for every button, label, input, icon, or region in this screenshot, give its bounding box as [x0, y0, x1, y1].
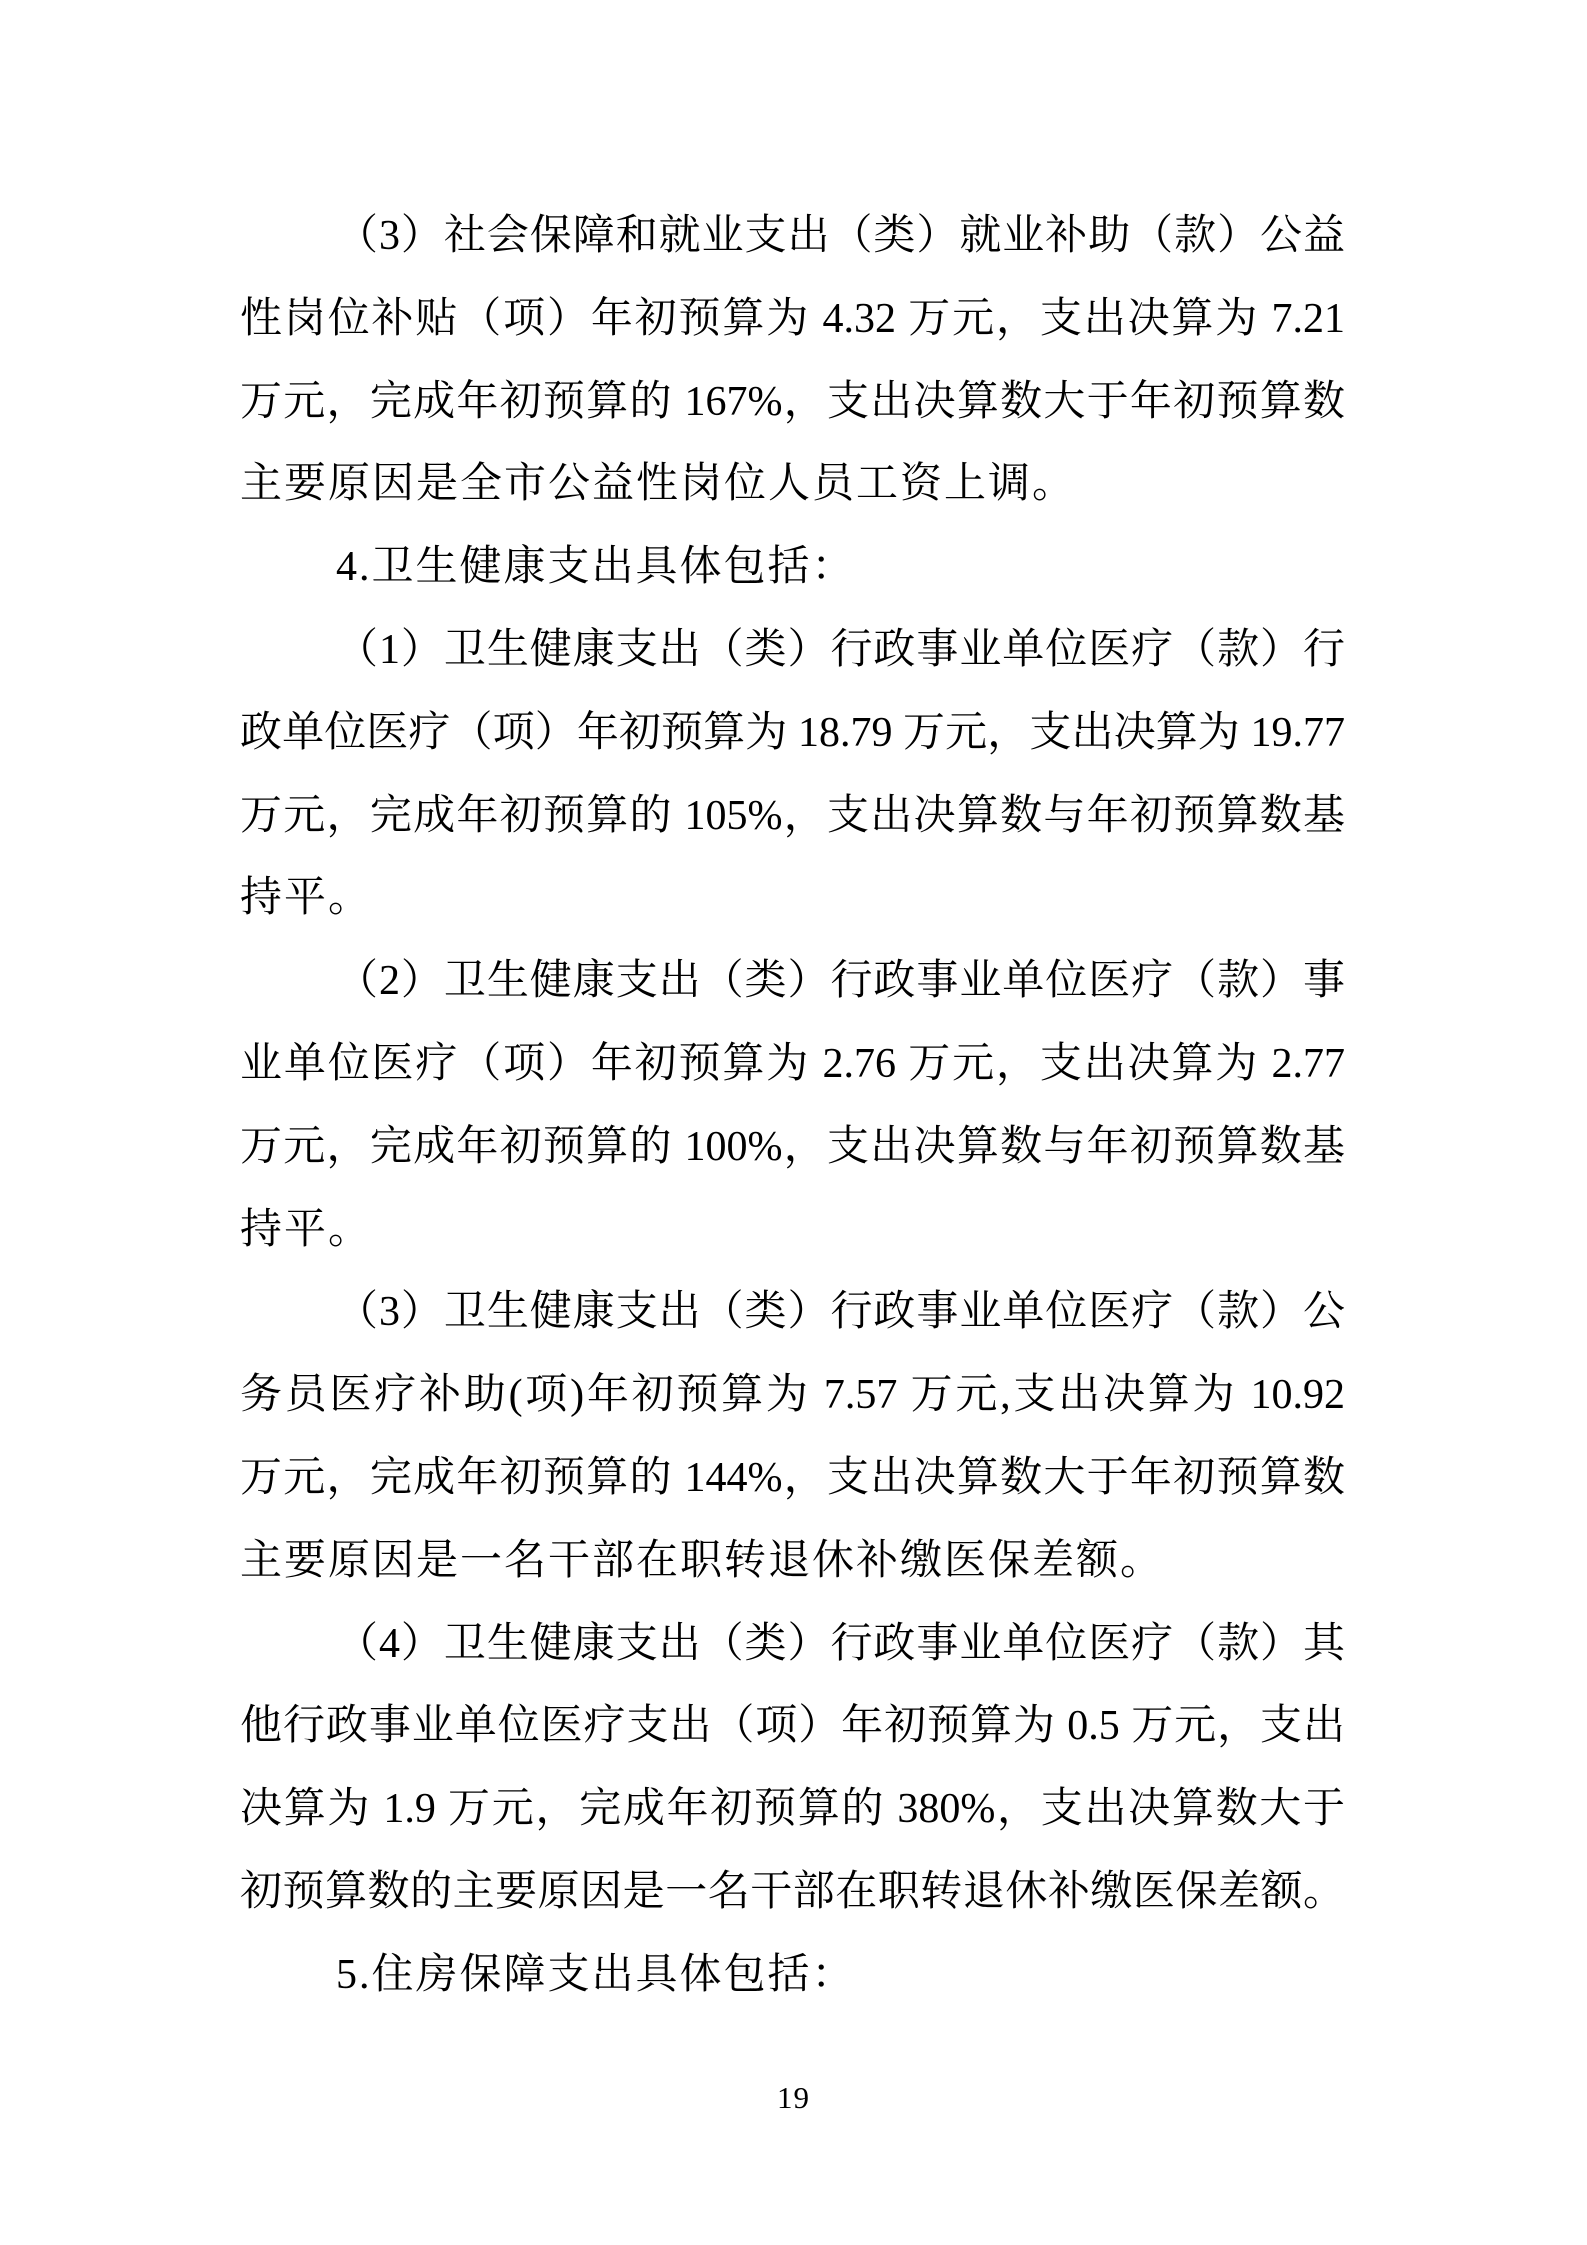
text-line: 主要原因是全市公益性岗位人员工资上调。	[240, 443, 1345, 526]
text-line: 持平。	[240, 1189, 1345, 1272]
text-line: 万元，完成年初预算的 144%，支出决算数大于年初预算数的	[240, 1437, 1345, 1520]
text-line: （3）社会保障和就业支出（类）就业补助（款）公益	[240, 195, 1345, 278]
text-line: 万元，完成年初预算的 100%，支出决算数与年初预算数基本	[240, 1106, 1345, 1189]
text-line: （3）卫生健康支出（类）行政事业单位医疗（款）公	[240, 1271, 1345, 1354]
text-line: （1）卫生健康支出（类）行政事业单位医疗（款）行	[240, 609, 1345, 692]
text-line: 务员医疗补助(项)年初预算为 7.57 万元,支出决算为 10.92	[240, 1354, 1345, 1437]
text-line: 业单位医疗（项）年初预算为 2.76 万元，支出决算为 2.77	[240, 1023, 1345, 1106]
document-body: （3）社会保障和就业支出（类）就业补助（款）公益 性岗位补贴（项）年初预算为 4…	[240, 195, 1345, 2017]
page-number: 19	[0, 2080, 1587, 2116]
text-line: 万元，完成年初预算的 105%，支出决算数与年初预算数基本	[240, 775, 1345, 858]
section-heading: 4.卫生健康支出具体包括：	[240, 526, 1345, 609]
text-line: 性岗位补贴（项）年初预算为 4.32 万元，支出决算为 7.21	[240, 278, 1345, 361]
section-heading: 5.住房保障支出具体包括：	[240, 1934, 1345, 2017]
text-line: 万元，完成年初预算的 167%，支出决算数大于年初预算数的	[240, 361, 1345, 444]
text-line: （4）卫生健康支出（类）行政事业单位医疗（款）其	[240, 1603, 1345, 1686]
document-page: （3）社会保障和就业支出（类）就业补助（款）公益 性岗位补贴（项）年初预算为 4…	[0, 0, 1587, 2245]
text-line: 他行政事业单位医疗支出（项）年初预算为 0.5 万元，支出	[240, 1685, 1345, 1768]
text-line: 初预算数的主要原因是一名干部在职转退休补缴医保差额。	[240, 1851, 1345, 1934]
text-line: 主要原因是一名干部在职转退休补缴医保差额。	[240, 1520, 1345, 1603]
text-line: 持平。	[240, 857, 1345, 940]
text-line: （2）卫生健康支出（类）行政事业单位医疗（款）事	[240, 940, 1345, 1023]
text-line: 决算为 1.9 万元，完成年初预算的 380%，支出决算数大于年	[240, 1768, 1345, 1851]
text-line: 政单位医疗（项）年初预算为 18.79 万元，支出决算为 19.77	[240, 692, 1345, 775]
